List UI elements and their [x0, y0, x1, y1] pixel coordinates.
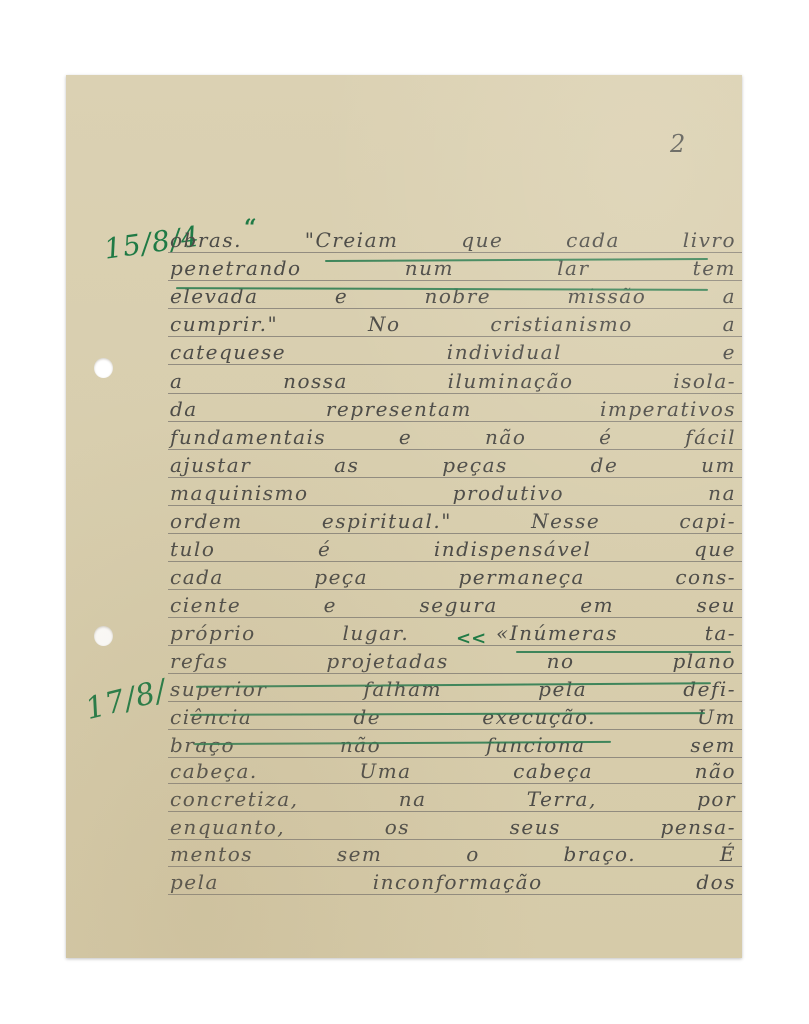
ruled-line	[168, 701, 742, 702]
text-line: cada peça permaneça cons-	[170, 565, 736, 589]
ruled-line	[168, 757, 742, 758]
ruled-line	[168, 533, 742, 534]
green-open-quote: “	[244, 215, 257, 241]
ruled-line	[168, 866, 742, 867]
ruled-line	[168, 364, 742, 365]
text-line: ordem espiritual." Nesse capi-	[170, 509, 736, 533]
text-line: próprio lugar. «Inúmeras ta-	[170, 621, 736, 645]
ruled-line	[168, 252, 742, 253]
ruled-line	[168, 421, 742, 422]
ruled-line	[168, 617, 742, 618]
manuscript-page: 2 15/8/4 17/8/ obras. "Creiam que cada l…	[66, 75, 742, 958]
text-line: maquinismo produtivo na	[170, 481, 736, 505]
text-line: a nossa iluminação isola-	[170, 369, 736, 393]
ruled-line	[168, 561, 742, 562]
ruled-line	[168, 783, 742, 784]
margin-date-2: 17/8/	[82, 673, 171, 727]
text-line: cumprir." No cristianismo a	[170, 312, 736, 336]
text-line: tulo é indispensável que	[170, 537, 736, 561]
text-line: da representam imperativos	[170, 397, 736, 421]
green-underline	[516, 651, 731, 653]
text-line: enquanto, os seus pensa-	[170, 815, 736, 839]
ruled-line	[168, 308, 742, 309]
ruled-line	[168, 839, 742, 840]
text-line: ajustar as peças de um	[170, 453, 736, 477]
ruled-line	[168, 894, 742, 895]
ruled-line	[168, 645, 742, 646]
punch-hole-bottom	[94, 626, 113, 646]
text-line: superior falham pela defi-	[170, 677, 736, 701]
ruled-line	[168, 673, 742, 674]
ruled-line	[168, 811, 742, 812]
ruled-line	[168, 505, 742, 506]
text-line: fundamentais e não é fácil	[170, 425, 736, 449]
ruled-line	[168, 280, 742, 281]
ruled-line	[168, 729, 742, 730]
ruled-line	[168, 589, 742, 590]
green-guillemet: <<	[456, 628, 486, 649]
ruled-line	[168, 477, 742, 478]
text-line: ciente e segura em seu	[170, 593, 736, 617]
page-number: 2	[670, 130, 685, 158]
punch-hole-top	[94, 358, 113, 378]
text-line: braço não funciona sem	[170, 733, 736, 757]
text-line: concretiza, na Terra, por	[170, 787, 736, 811]
text-line: ciência de execução. Um	[170, 705, 736, 729]
text-line: catequese individual e	[170, 340, 736, 364]
ruled-line	[168, 393, 742, 394]
text-line: pela inconformação dos	[170, 870, 736, 894]
ruled-line	[168, 336, 742, 337]
text-line: mentos sem o braço. É	[170, 842, 736, 866]
ruled-line	[168, 449, 742, 450]
text-line: cabeça. Uma cabeça não	[170, 759, 736, 783]
